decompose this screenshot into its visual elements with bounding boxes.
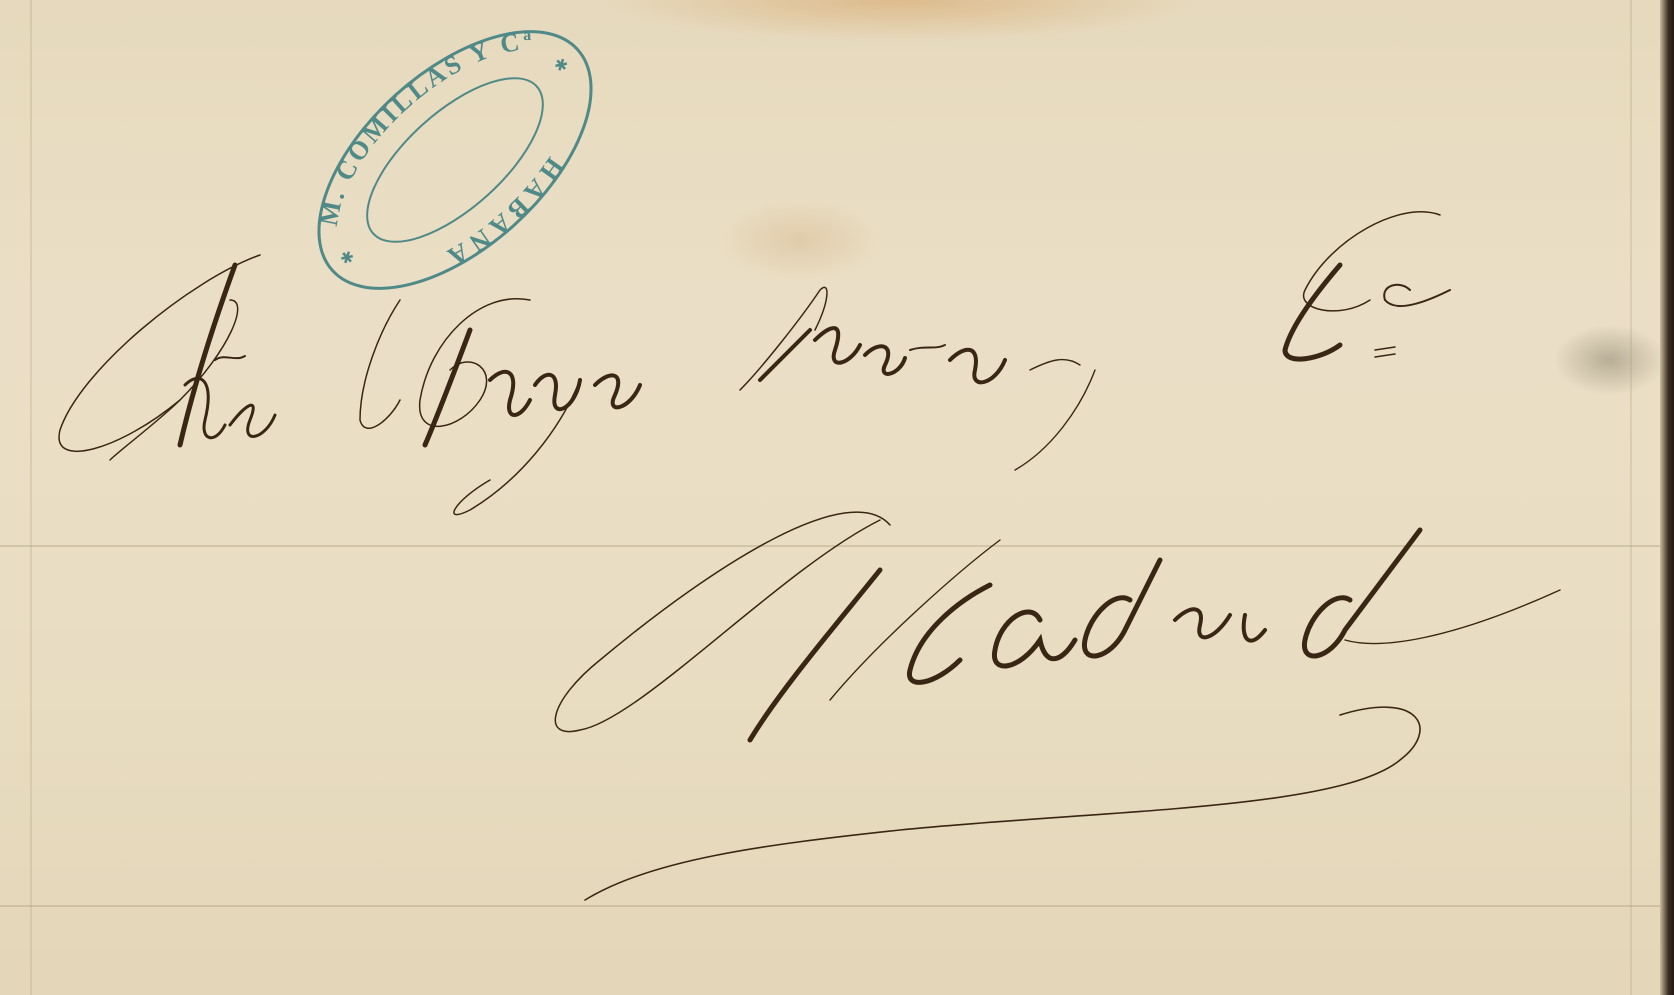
script-word-sres [59,255,275,460]
script-word-ca [1285,212,1450,359]
script-word-mora [740,287,1095,470]
handwritten-address [0,0,1674,995]
script-word-madrid [555,512,1560,900]
script-word-bayo [360,299,640,515]
